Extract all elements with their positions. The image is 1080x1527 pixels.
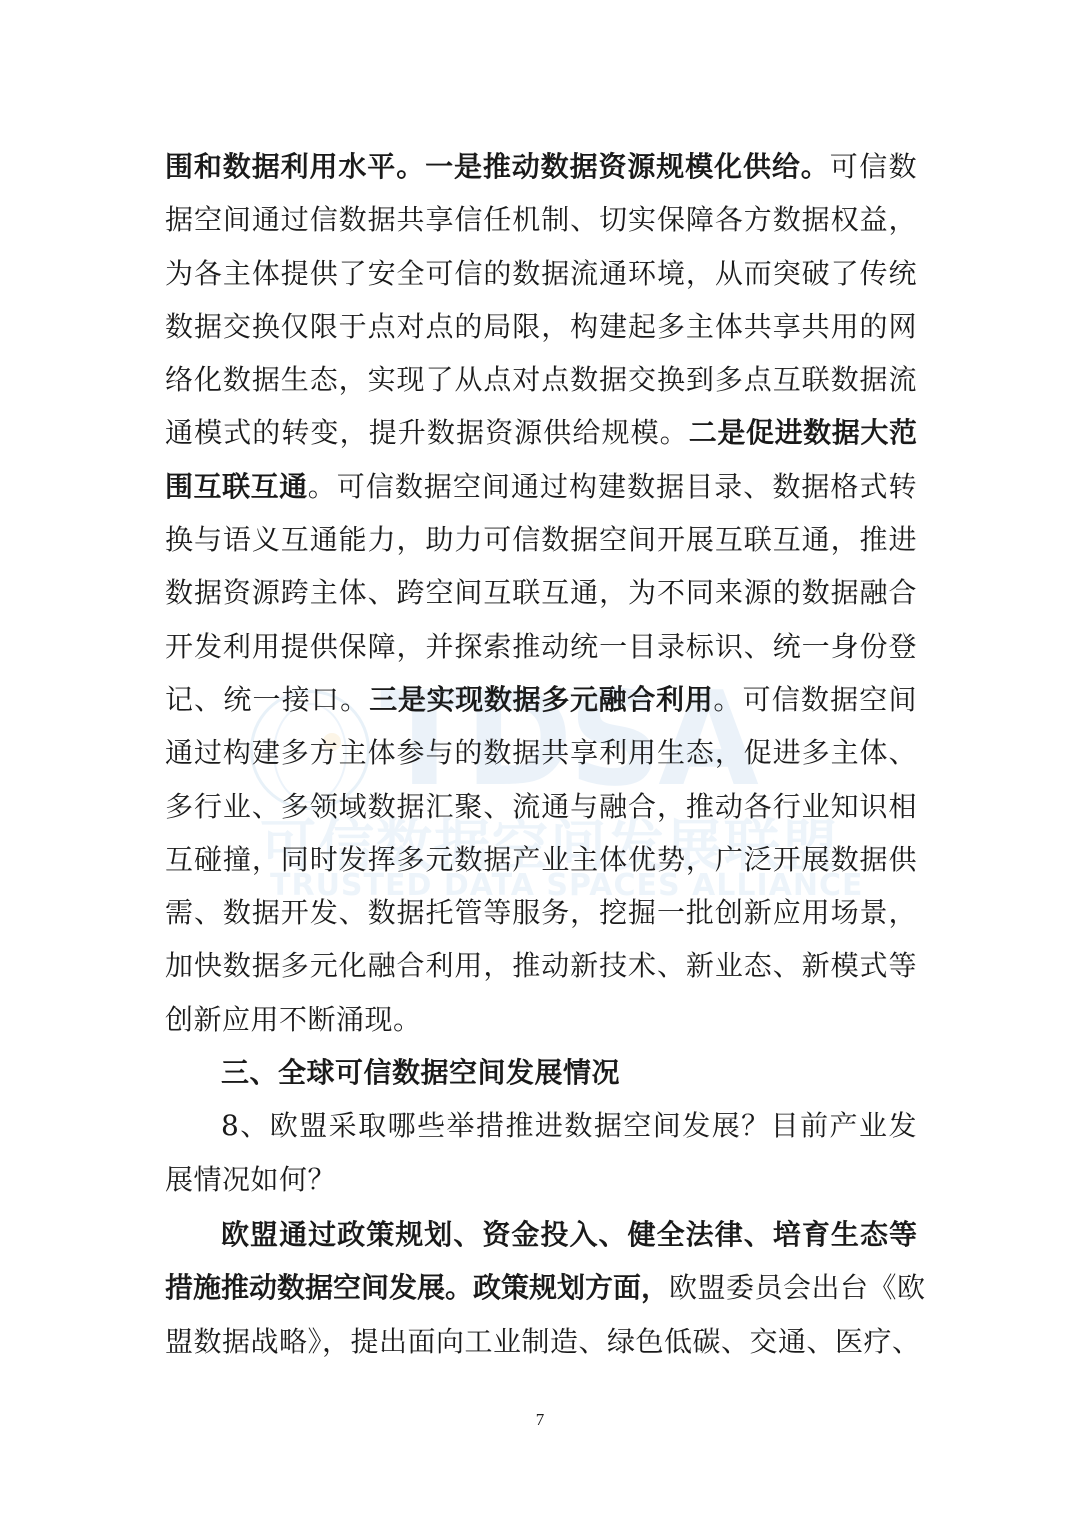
answer-line: 欧盟通过政策规划、资金投入、健全法律、培育生态等 <box>165 1208 917 1261</box>
text-run: 通模式的转变，提升数据资源供给规模。 <box>165 416 689 449</box>
text-line: 络化数据生态，实现了从点对点数据交换到多点互联数据流 <box>165 353 917 406</box>
bold-phrase: 二是促进数据大范 <box>689 416 917 449</box>
bold-phrase: 围和数据利用水平。一是推动数据资源规模化供给。 <box>165 150 830 183</box>
page-body: 围和数据利用水平。一是推动数据资源规模化供给。可信数 据空间通过信数据共享信任机… <box>165 140 917 1368</box>
text-line: 需、数据开发、数据托管等服务，挖掘一批创新应用场景， <box>165 886 917 939</box>
bold-phrase: 三是实现数据多元融合利用 <box>369 683 713 716</box>
text-line: 数据资源跨主体、跨空间互联互通，为不同来源的数据融合 <box>165 566 917 619</box>
question-paragraph: 8、欧盟采取哪些举措推进数据空间发展？目前产业发 展情况如何？ <box>165 1099 917 1206</box>
text-line: 创新应用不断涌现。 <box>165 993 917 1046</box>
text-line: 通模式的转变，提升数据资源供给规模。二是促进数据大范 <box>165 406 917 459</box>
bold-phrase: 措施推动数据空间发展。政策规划方面， <box>165 1271 669 1304</box>
text-run: 记、统一接口。 <box>165 683 369 716</box>
question-line: 8、欧盟采取哪些举措推进数据空间发展？目前产业发 <box>165 1099 917 1152</box>
answer-line: 盟数据战略》，提出面向工业制造、绿色低碳、交通、医疗、 <box>165 1315 917 1368</box>
text-line: 互碰撞，同时发挥多元数据产业主体优势，广泛开展数据供 <box>165 833 917 886</box>
text-line: 通过构建多方主体参与的数据共享利用生态，促进多主体、 <box>165 726 917 779</box>
text-line: 加快数据多元化融合利用，推动新技术、新业态、新模式等 <box>165 939 917 992</box>
paragraph-benefits: 围和数据利用水平。一是推动数据资源规模化供给。可信数 据空间通过信数据共享信任机… <box>165 140 917 1046</box>
text-line: 为各主体提供了安全可信的数据流通环境，从而突破了传统 <box>165 247 917 300</box>
text-run: 。可信数据空间通过构建数据目录、数据格式转 <box>308 470 917 503</box>
page-number: 7 <box>0 1410 1080 1430</box>
text-line: 围和数据利用水平。一是推动数据资源规模化供给。可信数 <box>165 140 917 193</box>
text-line: 换与语义互通能力，助力可信数据空间开展互联互通，推进 <box>165 513 917 566</box>
text-run: 。可信数据空间 <box>713 683 917 716</box>
answer-line: 措施推动数据空间发展。政策规划方面，欧盟委员会出台《欧 <box>165 1261 917 1314</box>
answer-paragraph: 欧盟通过政策规划、资金投入、健全法律、培育生态等 措施推动数据空间发展。政策规划… <box>165 1208 917 1368</box>
text-line: 多行业、多领域数据汇聚、流通与融合，推动各行业知识相 <box>165 780 917 833</box>
text-line: 数据交换仅限于点对点的局限，构建起多主体共享共用的网 <box>165 300 917 353</box>
text-line: 围互联互通。可信数据空间通过构建数据目录、数据格式转 <box>165 460 917 513</box>
question-line: 展情况如何？ <box>165 1153 917 1206</box>
text-run: 可信数 <box>830 150 917 183</box>
text-line: 开发利用提供保障，并探索推动统一目录标识、统一身份登 <box>165 620 917 673</box>
document-page: TDSA 可信数据空间发展联盟 TRUSTED DATA SPACES ALLI… <box>0 0 1080 1527</box>
section-heading: 三、全球可信数据空间发展情况 <box>165 1046 917 1099</box>
bold-phrase: 围互联互通 <box>165 470 308 503</box>
text-line: 记、统一接口。三是实现数据多元融合利用。可信数据空间 <box>165 673 917 726</box>
text-line: 据空间通过信数据共享信任机制、切实保障各方数据权益， <box>165 193 917 246</box>
text-run: 欧盟委员会出台《欧 <box>669 1271 926 1304</box>
